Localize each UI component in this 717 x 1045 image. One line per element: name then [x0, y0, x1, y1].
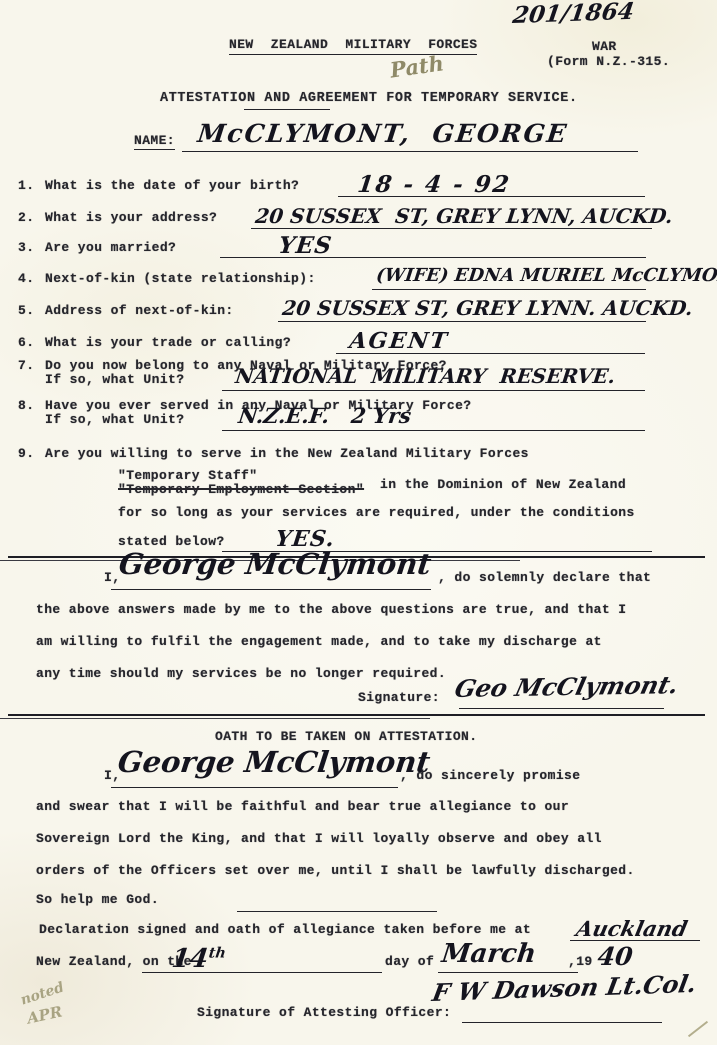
q9-option-temporary-staff: "Temporary Staff": [118, 468, 257, 483]
q5-text: Address of next-of-kin:: [45, 303, 234, 318]
pencil-annotation-bottom-2: APR: [26, 1003, 64, 1028]
q5-answer-handwritten: 20 SUSSEX ST, GREY LYNN. AUCKD.: [281, 296, 694, 320]
day-handwritten: 14th: [170, 944, 227, 974]
q2-text: What is your address?: [45, 210, 217, 225]
q8-text2: If so, what Unit?: [45, 412, 184, 427]
q1-answer-handwritten: 18 - 4 - 92: [356, 171, 512, 198]
q9-text-cont2: for so long as your services are require…: [118, 505, 635, 520]
oath-line2: and swear that I will be faithful and be…: [36, 799, 569, 814]
q3-text: Are you married?: [45, 240, 176, 255]
attestation-line2a: New Zealand, on the: [36, 954, 192, 969]
attestation-form-page: 201/1864 Path NEW ZEALAND MILITARY FORCE…: [0, 0, 717, 1045]
month-handwritten: March: [440, 939, 538, 969]
q8-write-line: [222, 430, 645, 431]
title-underline: [244, 109, 330, 110]
q6-answer-handwritten: AGENT: [348, 328, 450, 354]
oath-heading: OATH TO BE TAKEN ON ATTESTATION.: [215, 729, 477, 744]
oath-line4: orders of the Officers set over me, unti…: [36, 863, 635, 878]
officer-signature-label: Signature of Attesting Officer:: [197, 1005, 451, 1020]
form-org-heading: NEW ZEALAND MILITARY FORCES: [229, 37, 477, 55]
q3-number: 3.: [18, 240, 34, 255]
q7-write-line: [222, 390, 645, 391]
day-suffix: th: [208, 945, 227, 961]
declaration-after-name: , do solemnly declare that: [438, 570, 651, 585]
war-label: WAR: [592, 39, 617, 54]
officer-signature-line: [462, 1022, 662, 1023]
pencil-annotation-top: Path: [389, 50, 446, 82]
oath-name-line: [111, 787, 398, 788]
name-label: NAME:: [134, 133, 175, 150]
q6-number: 6.: [18, 335, 34, 350]
q6-text: What is your trade or calling?: [45, 335, 291, 350]
year-handwritten: 40: [596, 942, 634, 971]
q8-number: 8.: [18, 398, 34, 413]
q2-write-line: [251, 228, 652, 229]
officer-signature-handwritten: F W Dawson Lt.Col.: [430, 969, 699, 1007]
oath-end-rule: [237, 911, 437, 912]
q5-write-line: [278, 321, 646, 322]
q7-text2: If so, what Unit?: [45, 372, 184, 387]
reference-number-annotation: 201/1864: [511, 0, 636, 29]
declaration-line2: the above answers made by me to the abov…: [36, 602, 627, 617]
oath-line5: So help me God.: [36, 892, 159, 907]
q1-text: What is the date of your birth?: [45, 178, 299, 193]
oath-after-name: , do sincerely promise: [400, 768, 580, 783]
q7-answer-handwritten: NATIONAL MILITARY RESERVE.: [234, 364, 617, 388]
recruit-signature-handwritten: Geo McClymont.: [452, 670, 681, 703]
attestation-line2b: day of: [385, 954, 434, 969]
attestation-line2c: ,19: [568, 954, 593, 969]
name-write-line: [182, 151, 638, 152]
q8-answer-handwritten: N.Z.E.F. 2 Yrs: [237, 403, 413, 428]
place-handwritten: Auckland: [574, 916, 690, 941]
name-value-handwritten: McCLYMONT, GEORGE: [196, 119, 570, 148]
pencil-mark-corner: [688, 1021, 708, 1037]
q9-number: 9.: [18, 446, 34, 461]
q4-text: Next-of-kin (state relationship):: [45, 271, 316, 286]
q9-text: Are you willing to serve in the New Zeal…: [45, 446, 529, 461]
q9-text-cont1: in the Dominion of New Zealand: [380, 477, 626, 492]
form-number-label: (Form N.Z.-315.: [547, 54, 670, 69]
signature-write-line: [459, 708, 664, 709]
oath-name-handwritten: George McClymont: [116, 745, 432, 779]
q4-write-line: [372, 289, 646, 290]
q3-answer-handwritten: YES: [277, 232, 334, 259]
declaration-name-line: [111, 589, 431, 590]
oath-line3: Sovereign Lord the King, and that I will…: [36, 831, 602, 846]
declaration-line4: any time should my services be no longer…: [36, 666, 446, 681]
declaration-line3: am willing to fulfil the engagement made…: [36, 634, 602, 649]
signature-label: Signature:: [358, 690, 440, 705]
q1-number: 1.: [18, 178, 34, 193]
form-title: ATTESTATION AND AGREEMENT FOR TEMPORARY …: [160, 91, 578, 106]
q4-answer-handwritten: (WIFE) EDNA MURIEL McCLYMONT: [375, 265, 717, 286]
day-number: 14: [170, 944, 210, 974]
q2-answer-handwritten: 20 SUSSEX ST, GREY LYNN, AUCKD.: [254, 204, 674, 228]
q9-option-struck-out: "Temporary Employment Section": [118, 482, 364, 497]
section-divider-2: [8, 714, 705, 716]
attestation-line1: Declaration signed and oath of allegianc…: [39, 922, 531, 937]
q4-number: 4.: [18, 271, 34, 286]
q2-number: 2.: [18, 210, 34, 225]
declaration-name-handwritten: George McClymont: [117, 547, 433, 581]
q5-number: 5.: [18, 303, 34, 318]
section-divider-2-echo: [0, 718, 430, 719]
q7-number: 7.: [18, 358, 34, 373]
